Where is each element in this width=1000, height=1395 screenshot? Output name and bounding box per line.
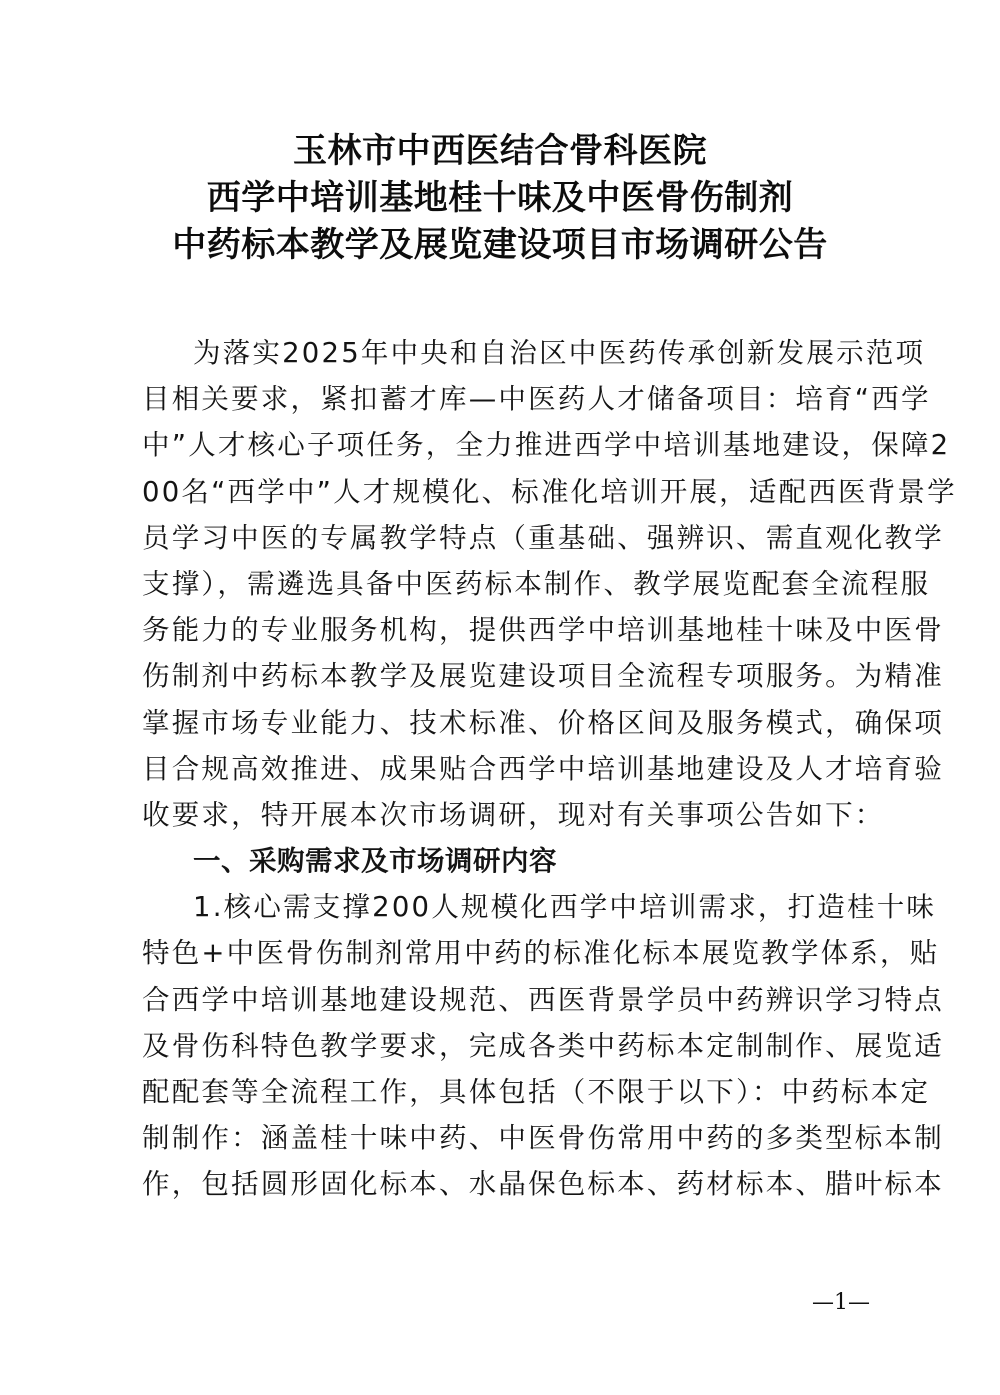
body-line: 1.核心需支撑200人规模化西学中培训需求，打造桂十味	[142, 884, 852, 930]
body-line: 作，包括圆形固化标本、水晶保色标本、药材标本、腊叶标本	[142, 1161, 852, 1207]
body-line: 及骨伤科特色教学要求，完成各类中药标本定制制作、展览适	[142, 1023, 852, 1069]
body-line: 制制作：涵盖桂十味中药、中医骨伤常用中药的多类型标本制	[142, 1115, 852, 1161]
document-page: 玉林市中西医结合骨科医院 西学中培训基地桂十味及中医骨伤制剂 中药标本教学及展览…	[0, 0, 1000, 1395]
document-body: 为落实2025年中央和自治区中医药传承创新发展示范项 目相关要求，紧扣蓄才库—中…	[142, 330, 852, 1208]
body-line: 务能力的专业服务机构，提供西学中培训基地桂十味及中医骨	[142, 607, 852, 653]
item-1-paragraph: 1.核心需支撑200人规模化西学中培训需求，打造桂十味 特色+中医骨伤制剂常用中…	[142, 884, 852, 1207]
body-line: 员学习中医的专属教学特点（重基础、强辨识、需直观化教学	[142, 515, 852, 561]
body-line: 伤制剂中药标本教学及展览建设项目全流程专项服务。为精准	[142, 653, 852, 699]
body-line: 掌握市场专业能力、技术标准、价格区间及服务模式，确保项	[142, 700, 852, 746]
title-line-project: 中药标本教学及展览建设项目市场调研公告	[0, 222, 1000, 269]
body-line: 目合规高效推进、成果贴合西学中培训基地建设及人才培育验	[142, 746, 852, 792]
body-line: 配配套等全流程工作，具体包括（不限于以下）：中药标本定	[142, 1069, 852, 1115]
body-line: 支撑），需遴选具备中医药标本制作、教学展览配套全流程服	[142, 561, 852, 607]
document-title: 玉林市中西医结合骨科医院 西学中培训基地桂十味及中医骨伤制剂 中药标本教学及展览…	[0, 128, 1000, 269]
title-line-hospital: 玉林市中西医结合骨科医院	[0, 128, 1000, 175]
body-line: 收要求，特开展本次市场调研，现对有关事项公告如下：	[142, 792, 852, 838]
section-heading: 一、采购需求及市场调研内容	[142, 838, 852, 884]
body-line: 为落实2025年中央和自治区中医药传承创新发展示范项	[142, 330, 852, 376]
body-line: 目相关要求，紧扣蓄才库—中医药人才储备项目：培育“西学	[142, 376, 852, 422]
body-line: 特色+中医骨伤制剂常用中药的标准化标本展览教学体系，贴	[142, 930, 852, 976]
title-line-base: 西学中培训基地桂十味及中医骨伤制剂	[0, 175, 1000, 222]
body-line: 中”人才核心子项任务，全力推进西学中培训基地建设，保障2	[142, 422, 852, 468]
intro-paragraph: 为落实2025年中央和自治区中医药传承创新发展示范项 目相关要求，紧扣蓄才库—中…	[142, 330, 852, 838]
page-number: —1—	[812, 1290, 870, 1315]
body-line: 合西学中培训基地建设规范、西医背景学员中药辨识学习特点	[142, 977, 852, 1023]
body-line: 00名“西学中”人才规模化、标准化培训开展，适配西医背景学	[142, 469, 852, 515]
